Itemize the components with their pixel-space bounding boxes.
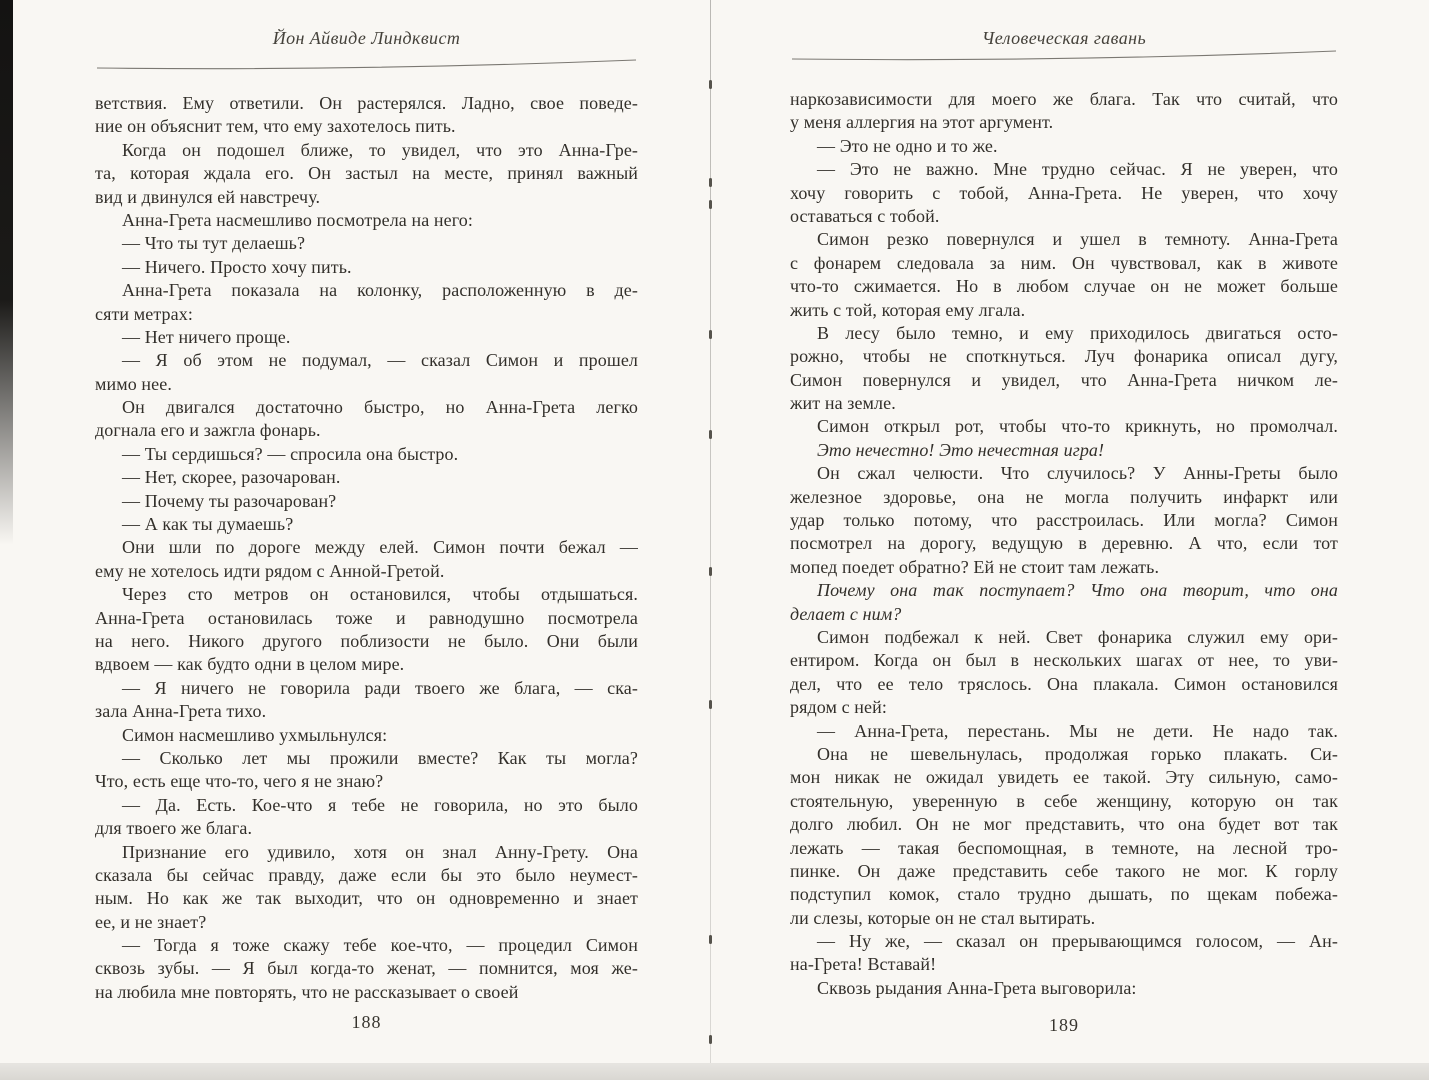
text-line: та, которая ждала его. Он застыл на мест…: [95, 162, 638, 185]
text-line: делает с ним?: [790, 603, 1338, 626]
gutter-fold-mark: [709, 330, 712, 339]
text-line: Симон насмешливо ухмыльнулся:: [95, 724, 638, 747]
text-line: хочу говорить с тобой, Анна-Грета. Не ув…: [790, 182, 1338, 205]
text-line: мимо нее.: [95, 373, 638, 396]
text-line: лежать — такая беспомощная, в темноте, н…: [790, 837, 1338, 860]
text-line: жить с той, которая ему лгала.: [790, 299, 1338, 322]
text-line: ентиром. Когда он был в нескольких шагах…: [790, 649, 1338, 672]
text-line: дел, что ее тело тряслось. Она плакала. …: [790, 673, 1338, 696]
text-line: пинке. Он даже представить себе такого н…: [790, 860, 1338, 883]
text-line: — Почему ты разочарован?: [95, 490, 638, 513]
header-rule: [95, 56, 638, 72]
text-line: сяти метрах:: [95, 303, 638, 326]
text-line: Он двигался достаточно быстро, но Анна-Г…: [95, 396, 638, 419]
text-line: Анна-Грета насмешливо посмотрела на него…: [95, 209, 638, 232]
text-line: наркозависимости для моего же блага. Так…: [790, 88, 1338, 111]
text-line: — Что ты тут делаешь?: [95, 232, 638, 255]
scan-bottom-edge: [0, 1063, 1429, 1080]
gutter-fold-mark: [709, 1035, 712, 1044]
text-line: оставаться с тобой.: [790, 205, 1338, 228]
text-line: Симон повернулся и увидел, что Анна-Грет…: [790, 369, 1338, 392]
text-line: Они шли по дороге между елей. Симон почт…: [95, 536, 638, 559]
book-scan: Йон Айвиде Линдквист ветствия. Ему ответ…: [0, 0, 1429, 1080]
text-line: Она не шевельнулась, продолжая горько пл…: [790, 743, 1338, 766]
text-line: железное здоровье, она не могла получить…: [790, 486, 1338, 509]
text-line: Анна-Грета остановилась тоже и равнодушн…: [95, 607, 638, 630]
text-line: ние он объяснит тем, что ему захотелось …: [95, 115, 638, 138]
text-line: рожно, чтобы не споткнуться. Луч фонарик…: [790, 345, 1338, 368]
scan-left-edge-shadow: [0, 0, 13, 545]
text-line: Это нечестно! Это нечестная игра!: [790, 439, 1338, 462]
text-line: ее, и не знает?: [95, 911, 638, 934]
gutter-fold-mark: [709, 80, 712, 89]
text-line: Когда он подошел ближе, то увидел, что э…: [95, 139, 638, 162]
running-head-author: Йон Айвиде Линдквист: [95, 28, 638, 49]
gutter-fold-mark: [709, 430, 712, 439]
gutter-fold-mark: [709, 935, 712, 944]
text-line: Что, есть еще что-то, чего я не знаю?: [95, 770, 638, 793]
text-line: ветствия. Ему ответили. Он растерялся. Л…: [95, 92, 638, 115]
text-line: — Ну же, — сказал он прерывающимся голос…: [790, 930, 1338, 953]
text-line: у меня аллергия на этот аргумент.: [790, 111, 1338, 134]
text-line: — Да. Есть. Кое-что я тебе не говорила, …: [95, 794, 638, 817]
text-line: ли слезы, которые он не стал вытирать.: [790, 907, 1338, 930]
gutter-fold-mark: [709, 700, 712, 709]
text-line: рядом с ней:: [790, 696, 1338, 719]
text-line: Он сжал челюсти. Что случилось? У Анны-Г…: [790, 462, 1338, 485]
page-number: 189: [790, 1015, 1338, 1036]
text-line: Анна-Грета показала на колонку, располож…: [95, 279, 638, 302]
text-line: — Ничего. Просто хочу пить.: [95, 256, 638, 279]
text-line: Симон подбежал к ней. Свет фонарика служ…: [790, 626, 1338, 649]
text-line: вдвоем — как будто одни в целом мире.: [95, 653, 638, 676]
text-line: на-Грета! Вставай!: [790, 953, 1338, 976]
text-line: для твоего же блага.: [95, 817, 638, 840]
text-line: мон никак не ожидал увидеть ее такой. Эт…: [790, 766, 1338, 789]
text-line: на любила мне повторять, что не рассказы…: [95, 981, 638, 1004]
page-number: 188: [95, 1012, 638, 1033]
gutter-fold-mark: [709, 200, 712, 209]
text-line: Через сто метров он остановился, чтобы о…: [95, 583, 638, 606]
text-line: — Это не одно и то же.: [790, 135, 1338, 158]
page-body: наркозависимости для моего же блага. Так…: [790, 88, 1338, 1000]
page-body: ветствия. Ему ответили. Он растерялся. Л…: [95, 92, 638, 1004]
text-line: Признание его удивило, хотя он знал Анну…: [95, 841, 638, 864]
gutter-fold-mark: [709, 178, 712, 187]
text-line: Почему она так поступает? Что она творит…: [790, 579, 1338, 602]
text-line: — Сколько лет мы прожили вместе? Как ты …: [95, 747, 638, 770]
header-rule: [790, 48, 1338, 64]
text-line: стоятельную, уверенную в себе женщину, к…: [790, 790, 1338, 813]
text-line: на него. Никого другого поблизости не бы…: [95, 630, 638, 653]
text-line: жит на земле.: [790, 392, 1338, 415]
text-line: — А как ты думаешь?: [95, 513, 638, 536]
text-line: мопед поедет обратно? Ей не стоит там ле…: [790, 556, 1338, 579]
text-line: посмотрел на дорогу, ведущую в деревню. …: [790, 532, 1338, 555]
text-line: сквозь зубы. — Я был когда-то женат, — п…: [95, 957, 638, 980]
text-line: В лесу было темно, и ему приходилось дви…: [790, 322, 1338, 345]
text-line: — Нет, скорее, разочарован.: [95, 466, 638, 489]
right-page: Человеческая гавань наркозависимости для…: [790, 0, 1338, 1063]
text-line: долго любил. Он не мог представить, что …: [790, 813, 1338, 836]
text-line: Симон открыл рот, чтобы что-то крикнуть,…: [790, 415, 1338, 438]
text-line: — Анна-Грета, перестань. Мы не дети. Не …: [790, 720, 1338, 743]
text-line: — Я ничего не говорила ради твоего же бл…: [95, 677, 638, 700]
text-line: сказала бы сейчас правду, даже если бы э…: [95, 864, 638, 887]
text-line: удар только потому, что расстроилась. Ил…: [790, 509, 1338, 532]
text-line: ему не хотелось идти рядом с Анной-Грето…: [95, 560, 638, 583]
gutter-fold-mark: [709, 567, 712, 576]
text-line: с фонарем следовала за ним. Он чувствова…: [790, 252, 1338, 275]
text-line: Симон резко повернулся и ушел в темноту.…: [790, 228, 1338, 251]
page-gutter: [710, 0, 711, 1063]
text-line: ным. Но как же так выходит, что он однов…: [95, 887, 638, 910]
text-line: вид и двинулся ей навстречу.: [95, 186, 638, 209]
text-line: догнала его и зажгла фонарь.: [95, 419, 638, 442]
text-line: Сквозь рыдания Анна-Грета выговорила:: [790, 977, 1338, 1000]
text-line: что-то сжимается. Но в любом случае он н…: [790, 275, 1338, 298]
text-line: — Это не важно. Мне трудно сейчас. Я не …: [790, 158, 1338, 181]
running-head-title: Человеческая гавань: [790, 28, 1338, 49]
left-page: Йон Айвиде Линдквист ветствия. Ему ответ…: [95, 0, 638, 1063]
text-line: подступил комок, стало трудно дышать, по…: [790, 883, 1338, 906]
text-line: — Я об этом не подумал, — сказал Симон и…: [95, 349, 638, 372]
text-line: — Тогда я тоже скажу тебе кое-что, — про…: [95, 934, 638, 957]
text-line: — Нет ничего проще.: [95, 326, 638, 349]
text-line: зала Анна-Грета тихо.: [95, 700, 638, 723]
text-line: — Ты сердишься? — спросила она быстро.: [95, 443, 638, 466]
